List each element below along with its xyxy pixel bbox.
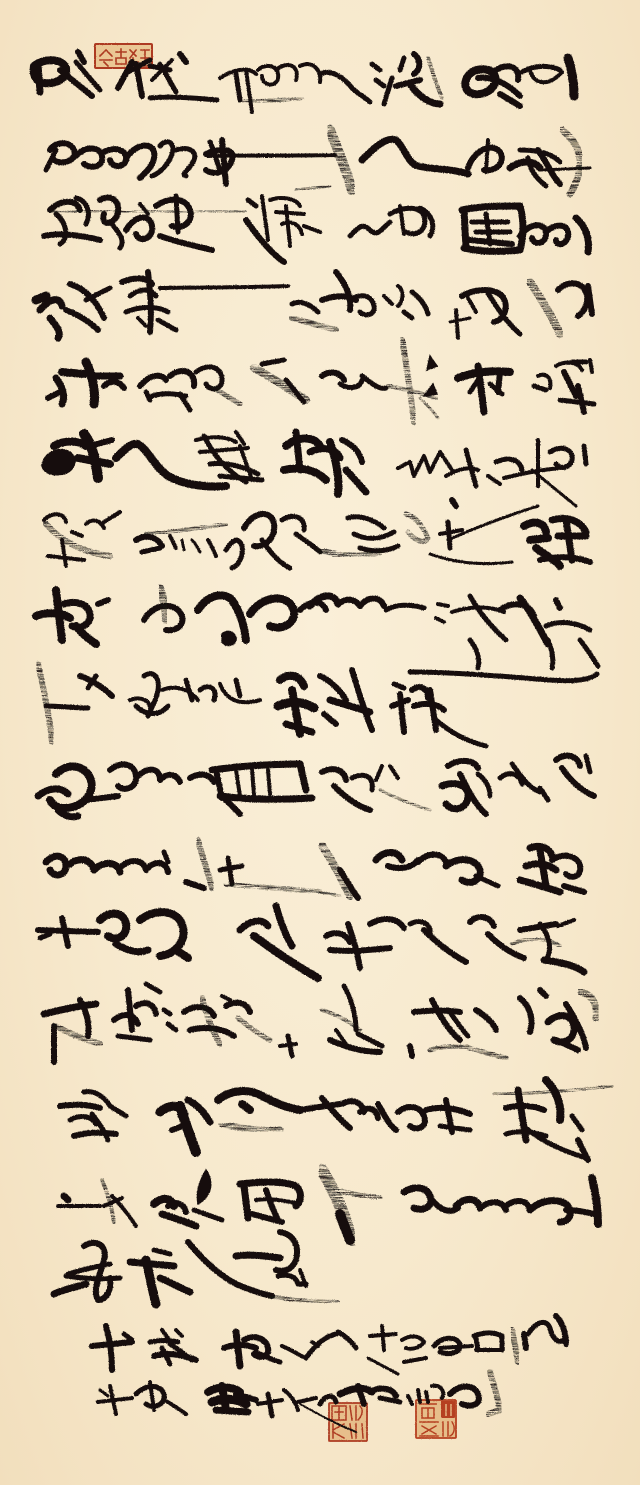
brush-stroke — [262, 360, 284, 364]
brush-stroke — [112, 224, 122, 248]
brush-stroke — [44, 234, 100, 240]
brush-stroke — [362, 376, 386, 388]
brush-stroke — [338, 600, 360, 606]
brush-stroke — [300, 64, 320, 82]
brush-stroke — [470, 917, 494, 926]
brush-stroke — [218, 1091, 300, 1110]
brush-stroke — [320, 676, 346, 700]
brush-stroke — [296, 534, 320, 552]
brush-stroke — [182, 540, 184, 550]
brush-stroke — [394, 684, 404, 688]
brush-stroke — [136, 1003, 156, 1014]
brush-stroke — [62, 372, 84, 374]
brush-stroke — [236, 1255, 280, 1258]
brush-stroke — [162, 1214, 196, 1226]
brush-stroke — [220, 796, 312, 799]
brush-stroke — [400, 694, 404, 732]
brush-stroke — [292, 302, 318, 312]
brush-stroke — [558, 283, 587, 316]
brush-stroke — [390, 766, 398, 778]
brush-stroke — [208, 155, 335, 156]
brush-stroke — [550, 448, 572, 467]
brush-stroke — [544, 960, 584, 972]
brush-stroke — [86, 796, 118, 800]
calligraphy-line-10 — [38, 756, 594, 817]
brush-stroke — [300, 764, 306, 790]
brush-stroke — [404, 1358, 426, 1362]
brush-stroke — [386, 605, 424, 610]
brush-stroke — [50, 318, 59, 338]
brush-stroke — [440, 1346, 472, 1348]
dry-brush-stroke — [380, 790, 430, 810]
brush-stroke — [556, 756, 580, 766]
brush-stroke — [330, 948, 390, 951]
brush-stroke — [168, 1024, 176, 1030]
brush-stroke — [348, 924, 360, 968]
brush-stroke — [412, 687, 428, 698]
dry-brush-stroke — [428, 58, 442, 98]
brush-stroke — [506, 1106, 544, 1110]
dry-brush-stroke — [226, 884, 320, 892]
brush-stroke — [398, 286, 403, 306]
brush-stroke — [414, 704, 444, 710]
brush-stroke — [496, 459, 522, 470]
brush-stroke — [520, 880, 560, 892]
brush-stroke — [128, 990, 132, 1030]
brush-stroke — [62, 918, 68, 946]
brush-stroke — [36, 613, 70, 618]
brush-stroke — [524, 1334, 526, 1348]
brush-stroke — [262, 196, 268, 240]
brush-stroke — [138, 318, 146, 326]
brush-stroke — [54, 1284, 86, 1294]
brush-stroke — [94, 863, 120, 872]
brush-stroke — [248, 200, 256, 206]
dry-brush-stroke — [562, 130, 580, 194]
dry-brush-stroke — [46, 524, 110, 556]
brush-stroke — [236, 74, 240, 100]
brush-stroke — [122, 861, 146, 870]
brush-stroke — [78, 458, 110, 464]
calligraphy-line-16 — [54, 1232, 338, 1304]
brush-stroke — [126, 217, 152, 239]
brush-stroke — [534, 386, 546, 390]
brush-stroke — [564, 372, 576, 396]
brush-stroke — [486, 140, 488, 172]
brush-stroke — [212, 764, 300, 770]
dry-brush-stroke — [330, 130, 352, 190]
brush-stroke — [306, 1334, 336, 1358]
dry-brush-stroke — [292, 318, 336, 330]
brush-stroke — [160, 1278, 190, 1292]
brush-stroke — [40, 934, 50, 938]
brush-stroke — [322, 769, 346, 780]
brush-stroke — [86, 362, 95, 404]
brush-stroke — [148, 863, 168, 872]
brush-stroke — [342, 440, 362, 462]
brush-stroke — [176, 950, 188, 958]
brush-stroke — [48, 392, 60, 398]
brush-stroke — [532, 470, 576, 506]
dry-brush-stroke — [406, 514, 428, 541]
brush-stroke — [448, 761, 478, 768]
brush-stroke — [384, 78, 392, 104]
brush-stroke — [74, 1133, 116, 1136]
brush-stroke — [116, 944, 148, 952]
brush-stroke — [376, 766, 382, 780]
brush-stroke — [146, 984, 160, 992]
brush-stroke — [126, 308, 168, 313]
brush-stroke — [128, 146, 154, 178]
brush-stroke — [446, 860, 480, 883]
brush-stroke — [228, 858, 232, 884]
brush-stroke — [360, 1109, 378, 1118]
brush-stroke — [588, 286, 592, 314]
brush-stroke — [46, 856, 66, 875]
brush-stroke — [320, 72, 370, 102]
inscription-line-1 — [92, 1316, 566, 1374]
brush-stroke — [352, 775, 372, 790]
brush-stroke — [470, 596, 506, 640]
brush-stroke — [348, 517, 384, 528]
brush-stroke — [590, 360, 592, 372]
calligraphy-artwork — [0, 0, 640, 1485]
brush-stroke — [418, 855, 446, 863]
brush-stroke — [170, 536, 176, 548]
brush-stroke — [354, 532, 394, 538]
brush-stroke — [288, 1036, 292, 1056]
brush-stroke — [144, 674, 158, 716]
brush-stroke — [296, 432, 300, 470]
brush-stroke — [540, 990, 546, 996]
main-calligraphy-text — [34, 52, 612, 1304]
dry-brush-stroke — [202, 998, 220, 1044]
brush-stroke — [100, 914, 126, 939]
brush-stroke — [426, 1392, 428, 1402]
brush-stroke — [48, 556, 84, 560]
brush-stroke — [572, 1116, 582, 1130]
brush-stroke — [236, 680, 240, 696]
dry-brush-stroke — [296, 186, 330, 190]
brush-stroke — [402, 1336, 424, 1348]
brush-stroke — [236, 770, 240, 796]
dry-brush-stroke — [420, 398, 438, 418]
brush-stroke — [452, 500, 456, 506]
brush-stroke — [404, 1188, 431, 1209]
calligraphy-line-2 — [46, 130, 590, 194]
brush-stroke — [226, 800, 240, 814]
brush-stroke — [150, 97, 217, 100]
brush-stroke — [282, 222, 302, 234]
dry-brush-stroke — [146, 524, 226, 534]
brush-stroke — [400, 58, 404, 70]
brush-stroke — [390, 208, 425, 234]
ink-blot — [197, 1170, 210, 1204]
brush-stroke — [584, 446, 586, 464]
brush-stroke — [498, 372, 500, 392]
brush-stroke — [244, 1186, 248, 1218]
dry-brush-stroke — [488, 1372, 500, 1414]
calligraphy-line-12 — [38, 906, 584, 978]
brush-stroke — [176, 196, 178, 232]
brush-stroke — [164, 1400, 186, 1414]
brush-stroke — [438, 604, 448, 606]
brush-stroke — [564, 886, 584, 892]
brush-stroke — [456, 1199, 480, 1208]
brush-stroke — [546, 623, 590, 630]
brush-stroke — [118, 1036, 150, 1040]
dry-brush-stroke — [512, 939, 560, 946]
brush-stroke — [524, 523, 546, 532]
brush-stroke — [86, 521, 104, 528]
brush-stroke — [84, 1243, 110, 1300]
brush-stroke — [276, 906, 292, 946]
calligraphy-line-14 — [60, 1080, 612, 1160]
brush-stroke — [250, 598, 294, 627]
brush-stroke — [464, 210, 466, 248]
calligraphy-line-7 — [44, 500, 590, 568]
brush-stroke — [506, 1201, 530, 1210]
brush-stroke — [376, 853, 402, 861]
brush-stroke — [480, 1202, 506, 1210]
brush-stroke — [262, 540, 290, 568]
brush-stroke — [362, 139, 468, 174]
brush-stroke — [160, 236, 212, 250]
calligraphy-line-3 — [44, 186, 589, 262]
brush-stroke — [404, 312, 412, 318]
brush-stroke — [192, 540, 200, 552]
brush-stroke — [418, 1390, 420, 1402]
brush-stroke — [246, 70, 252, 112]
brush-stroke — [510, 162, 540, 168]
brush-stroke — [170, 371, 194, 386]
brush-stroke — [186, 680, 192, 700]
calligraphy-line-5 — [48, 340, 594, 422]
brush-stroke — [64, 1196, 68, 1200]
brush-stroke — [38, 789, 68, 796]
brush-stroke — [578, 386, 584, 412]
brush-stroke — [276, 1232, 297, 1271]
brush-stroke — [488, 934, 524, 958]
brush-stroke — [350, 296, 374, 315]
brush-stroke — [568, 58, 574, 96]
brush-stroke — [384, 296, 392, 304]
brush-stroke — [410, 672, 597, 681]
brush-stroke — [240, 921, 268, 930]
brush-stroke — [256, 1199, 300, 1204]
brush-stroke — [268, 770, 270, 794]
dry-brush-stroke — [198, 840, 212, 888]
brush-stroke — [286, 724, 312, 732]
brush-stroke — [240, 446, 252, 480]
calligraphy-line-13 — [44, 984, 596, 1062]
brush-stroke — [522, 66, 560, 72]
brush-stroke — [586, 756, 590, 772]
brush-stroke — [160, 775, 180, 782]
brush-stroke — [142, 548, 160, 552]
brush-stroke — [398, 452, 440, 476]
calligraphy-line-8 — [36, 588, 598, 668]
dry-brush-stroke — [320, 892, 340, 896]
brush-stroke — [140, 376, 166, 386]
dry-brush-stroke — [512, 1330, 518, 1362]
brush-stroke — [528, 1322, 564, 1341]
brush-stroke — [100, 1390, 108, 1396]
brush-stroke — [216, 1410, 248, 1412]
dry-brush-stroke — [322, 846, 350, 896]
brush-stroke — [44, 514, 66, 522]
brush-stroke — [284, 1390, 298, 1410]
brush-stroke — [376, 80, 384, 86]
brush-stroke — [76, 626, 96, 644]
calligraphy-line-4 — [36, 272, 592, 338]
brush-stroke — [440, 452, 452, 470]
brush-stroke — [548, 1016, 574, 1042]
brush-stroke — [208, 540, 216, 556]
brush-stroke — [520, 598, 548, 644]
brush-stroke — [304, 226, 320, 232]
brush-stroke — [408, 1396, 412, 1404]
brush-stroke — [104, 382, 124, 388]
brush-stroke — [98, 600, 108, 604]
brush-stroke — [488, 476, 500, 484]
brush-stroke — [106, 1326, 112, 1370]
brush-stroke — [196, 437, 236, 442]
brush-stroke — [476, 1010, 496, 1030]
brush-stroke — [66, 1276, 120, 1279]
brush-stroke — [560, 400, 594, 404]
brush-stroke — [410, 84, 440, 104]
brush-stroke — [530, 70, 562, 82]
brush-stroke — [56, 590, 62, 640]
brush-stroke — [252, 770, 254, 794]
brush-stroke — [324, 714, 336, 724]
calligraphy-line-9 — [38, 640, 597, 746]
brush-stroke — [72, 532, 82, 536]
brush-stroke — [412, 292, 428, 314]
brush-stroke — [478, 774, 490, 796]
brush-stroke — [346, 470, 366, 492]
brush-stroke — [222, 996, 230, 1000]
brush-stroke — [242, 1104, 250, 1110]
brush-stroke — [222, 1386, 226, 1410]
brush-stroke — [110, 764, 136, 788]
brush-stroke — [196, 367, 222, 389]
brush-stroke — [158, 320, 176, 330]
brush-stroke — [558, 920, 574, 926]
brush-stroke — [50, 202, 80, 210]
brush-stroke — [190, 775, 214, 782]
ink-blot — [427, 356, 437, 370]
brush-stroke — [448, 522, 450, 548]
brush-stroke — [360, 599, 384, 607]
brush-stroke — [540, 788, 548, 800]
brush-stroke — [36, 296, 46, 300]
dry-brush-stroke — [222, 1124, 280, 1131]
dry-brush-stroke — [580, 992, 596, 1018]
brush-stroke — [70, 860, 94, 870]
brush-stroke — [424, 930, 466, 962]
brush-stroke — [298, 1398, 316, 1402]
brush-stroke — [336, 272, 350, 310]
brush-stroke — [54, 442, 86, 447]
brush-stroke — [200, 687, 215, 700]
brush-stroke — [432, 1386, 443, 1398]
brush-stroke — [76, 149, 102, 167]
brush-stroke — [148, 272, 151, 332]
brush-stroke — [382, 1326, 384, 1350]
brush-stroke — [164, 852, 168, 862]
brush-stroke — [286, 439, 320, 447]
brush-stroke — [468, 298, 476, 312]
brush-stroke — [430, 554, 512, 564]
dry-brush-stroke — [214, 388, 240, 404]
brush-stroke — [372, 64, 380, 70]
brush-stroke — [352, 670, 372, 730]
brush-stroke — [176, 1330, 182, 1336]
ink-blot — [42, 450, 75, 475]
brush-stroke — [164, 1010, 170, 1014]
brush-stroke — [222, 140, 226, 184]
brush-stroke — [456, 310, 458, 338]
brush-stroke — [150, 1341, 178, 1343]
brush-stroke — [338, 1332, 356, 1348]
brush-stroke — [146, 392, 150, 400]
brush-stroke — [226, 540, 242, 568]
dry-brush-stroke — [38, 664, 52, 742]
brush-stroke — [540, 557, 590, 562]
brush-stroke — [358, 1034, 382, 1046]
brush-stroke — [156, 200, 191, 227]
brush-stroke — [236, 1332, 240, 1366]
signature-seal-right — [416, 1400, 456, 1438]
dry-brush-stroke — [430, 1046, 506, 1058]
calligraphy-line-15 — [58, 1170, 598, 1240]
dry-brush-stroke — [56, 1026, 100, 1044]
brush-stroke — [212, 1399, 246, 1404]
brush-stroke — [436, 720, 486, 746]
brush-stroke — [334, 786, 370, 810]
brush-stroke — [282, 1346, 306, 1358]
brush-stroke — [188, 1242, 272, 1296]
brush-stroke — [282, 516, 304, 530]
brush-stroke — [162, 1330, 168, 1338]
brush-stroke — [78, 52, 84, 62]
brush-stroke — [180, 54, 186, 62]
brush-stroke — [138, 770, 160, 780]
brush-stroke — [38, 64, 40, 92]
brush-stroke — [268, 1394, 272, 1416]
brush-stroke — [188, 1100, 210, 1122]
calligraphy-scroll — [0, 0, 640, 1485]
brush-stroke — [194, 1210, 222, 1220]
dry-brush-stroke — [52, 211, 245, 212]
brush-stroke — [326, 933, 350, 942]
brush-stroke — [530, 538, 548, 540]
brush-stroke — [470, 240, 512, 244]
brush-stroke — [398, 1107, 425, 1128]
brush-stroke — [124, 1334, 132, 1340]
ink-blot — [222, 631, 236, 645]
brush-stroke — [186, 882, 204, 888]
brush-stroke — [56, 214, 66, 244]
brush-stroke — [368, 1358, 398, 1374]
brush-stroke — [580, 640, 598, 666]
brush-stroke — [104, 512, 120, 522]
brush-stroke — [350, 222, 390, 236]
brush-stroke — [440, 530, 462, 534]
brush-stroke — [546, 226, 568, 244]
